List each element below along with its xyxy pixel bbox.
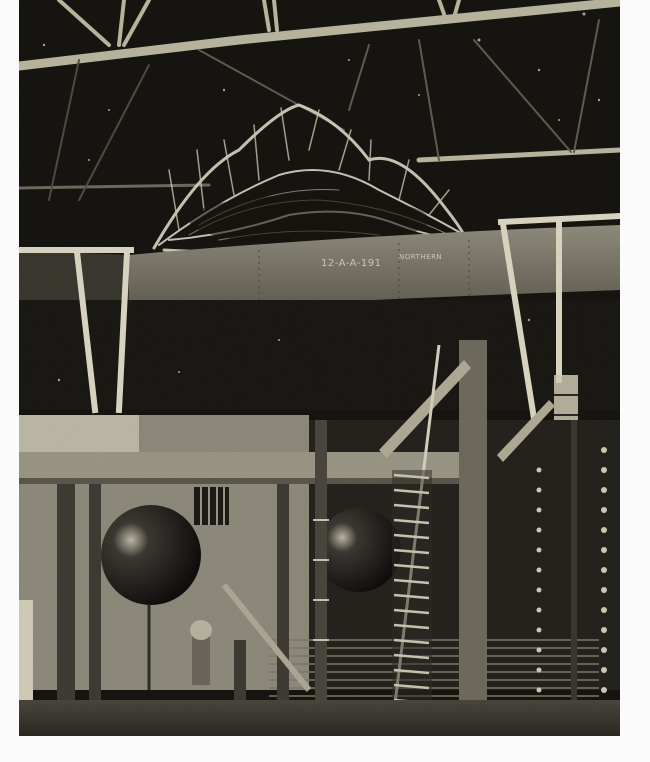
girder-inscription-name: NORTHERN: [399, 253, 442, 261]
girder-inscription-code: 12-A-A-191: [321, 258, 381, 269]
photo-scene: [19, 0, 620, 736]
laboratory-photograph: 12-A-A-191 NORTHERN: [19, 0, 620, 736]
